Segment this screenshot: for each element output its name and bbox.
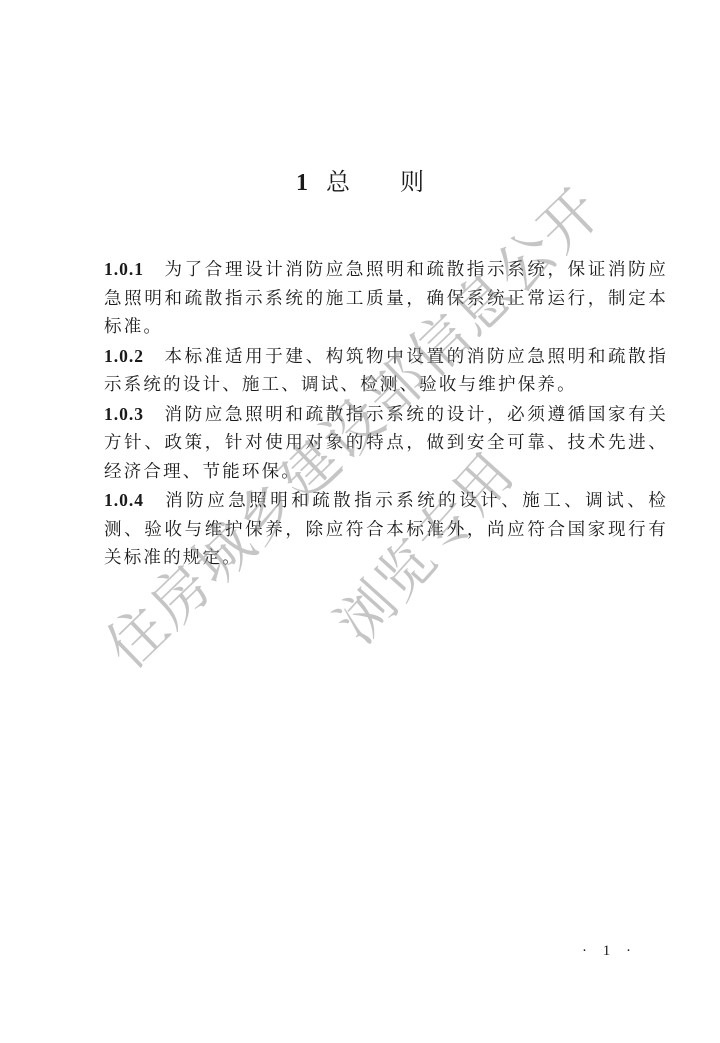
chapter-title: 1总则 [0, 166, 720, 199]
clause-text: 本标准适用于建、构筑物中设置的消防应急照明和疏散指示系统的设计、施工、调试、检测… [104, 347, 668, 396]
clause-number: 1.0.3 [104, 404, 144, 424]
clause-1-0-2: 1.0.2本标准适用于建、构筑物中设置的消防应急照明和疏散指示系统的设计、施工、… [104, 342, 668, 400]
chapter-number: 1 [296, 170, 308, 196]
chapter-title-word-1: 总 [326, 168, 350, 196]
page-number: · 1 · [582, 943, 637, 960]
clause-number: 1.0.4 [104, 490, 144, 510]
document-page: 1总则 1.0.1为了合理设计消防应急照明和疏散指示系统，保证消防应急照明和疏散… [0, 0, 720, 1043]
clause-number: 1.0.1 [104, 259, 144, 279]
chapter-title-word-2: 则 [400, 168, 424, 196]
clause-1-0-4: 1.0.4消防应急照明和疏散指示系统的设计、施工、调试、检测、验收与维护保养，除… [104, 486, 668, 573]
clause-text: 消防应急照明和疏散指示系统的设计，必须遵循国家有关方针、政策，针对使用对象的特点… [104, 405, 668, 482]
clauses-body: 1.0.1为了合理设计消防应急照明和疏散指示系统，保证消防应急照明和疏散指示系统… [104, 255, 668, 573]
clause-text: 为了合理设计消防应急照明和疏散指示系统，保证消防应急照明和疏散指示系统的施工质量… [104, 260, 668, 337]
clause-1-0-3: 1.0.3消防应急照明和疏散指示系统的设计，必须遵循国家有关方针、政策，针对使用… [104, 400, 668, 487]
clause-1-0-1: 1.0.1为了合理设计消防应急照明和疏散指示系统，保证消防应急照明和疏散指示系统… [104, 255, 668, 342]
clause-number: 1.0.2 [104, 346, 144, 366]
clause-text: 消防应急照明和疏散指示系统的设计、施工、调试、检测、验收与维护保养，除应符合本标… [104, 491, 668, 568]
